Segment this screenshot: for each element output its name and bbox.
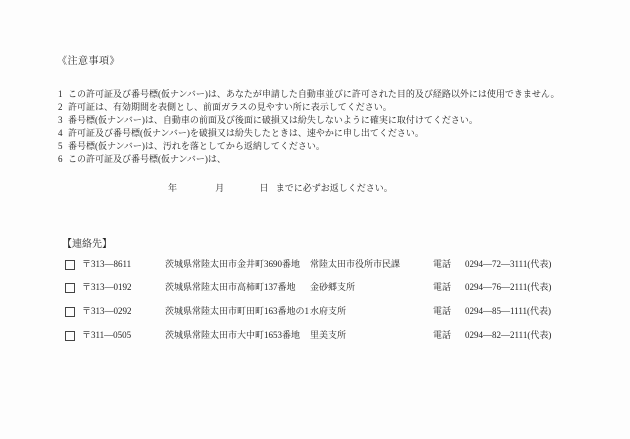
postal-code: 〒313—8611 [82,259,131,270]
note-item-text: 許可証及び番号標(仮ナンバー)を破損又は紛失したときは、速やかに申し出てください… [68,127,424,140]
contact-checkbox[interactable] [65,260,75,270]
note-item: 3 番号標(仮ナンバー)は、自動車の前面及び後面に破損又は紛失しないように確実に… [58,114,559,127]
note-item-number: 1 [58,88,68,101]
contact-row: 〒313—0292 茨城県常陸太田市町田町163番地の1 水府支所 電話 029… [0,306,630,320]
phone-number: 0294—82—2111(代表) [465,330,551,341]
postal-code: 〒313—0192 [82,282,132,293]
address: 茨城県常陸太田市大中町1653番地 [165,330,300,341]
address: 茨城県常陸太田市町田町163番地の1 [165,306,309,317]
phone-label: 電話 [433,282,451,293]
note-item: 2 許可証は、有効期間を表側とし、前面ガラスの見やすい所に表示してください。 [58,101,559,114]
address: 茨城県常陸太田市金井町3690番地 [165,259,300,270]
note-item-text: 番号標(仮ナンバー)は、汚れを落としてから返納してください。 [68,140,325,153]
phone-label: 電話 [433,330,451,341]
office-name: 金砂郷支所 [310,282,355,293]
month-label: 月 [215,183,224,193]
year-label: 年 [168,183,177,193]
note-item: 1 この許可証及び番号標(仮ナンバー)は、あなたが申請した自動車並びに許可された… [58,88,559,101]
contact-checkbox[interactable] [65,331,75,341]
note-item-text: 許可証は、有効期間を表側とし、前面ガラスの見やすい所に表示してください。 [68,101,392,114]
return-deadline-line: 年 月 日 までに必ずお返しください。 [168,181,393,194]
phone-number: 0294—85—1111(代表) [465,306,551,317]
phone-label: 電話 [433,306,451,317]
contact-checkbox[interactable] [65,283,75,293]
note-item: 5 番号標(仮ナンバー)は、汚れを落としてから返納してください。 [58,140,559,153]
document-page: 《注意事項》 1 この許可証及び番号標(仮ナンバー)は、あなたが申請した自動車並… [0,0,630,439]
contact-row: 〒313—0192 茨城県常陸太田市高柿町137番地 金砂郷支所 電話 0294… [0,282,630,296]
contact-row: 〒311—0505 茨城県常陸太田市大中町1653番地 里美支所 電話 0294… [0,330,630,344]
office-name: 常陸太田市役所市民課 [310,259,400,270]
contacts-heading: 【連絡先】 [62,235,112,250]
note-item: 4 許可証及び番号標(仮ナンバー)を破損又は紛失したときは、速やかに申し出てくだ… [58,127,559,140]
postal-code: 〒313—0292 [82,306,132,317]
note-item-number: 6 [58,153,68,166]
office-name: 里美支所 [310,330,346,341]
day-label: 日 [260,183,269,193]
office-name: 水府支所 [310,306,346,317]
note-item: 6 この許可証及び番号標(仮ナンバー)は、 [58,153,559,166]
contact-checkbox[interactable] [65,307,75,317]
note-item-text: 番号標(仮ナンバー)は、自動車の前面及び後面に破損又は紛失しないように確実に取付… [68,114,478,127]
phone-number: 0294—72—3111(代表) [465,259,551,270]
note-item-number: 5 [58,140,68,153]
note-item-number: 4 [58,127,68,140]
postal-code: 〒311—0505 [82,330,131,341]
note-item-text: この許可証及び番号標(仮ナンバー)は、 [68,153,226,166]
note-item-text: この許可証及び番号標(仮ナンバー)は、あなたが申請した自動車並びに許可された目的… [68,88,559,101]
note-item-number: 2 [58,101,68,114]
note-item-number: 3 [58,114,68,127]
phone-label: 電話 [433,259,451,270]
address: 茨城県常陸太田市高柿町137番地 [165,282,296,293]
contact-row: 〒313—8611 茨城県常陸太田市金井町3690番地 常陸太田市役所市民課 電… [0,259,630,273]
phone-number: 0294—76—2111(代表) [465,282,551,293]
notice-title: 《注意事項》 [57,52,120,67]
notes-list: 1 この許可証及び番号標(仮ナンバー)は、あなたが申請した自動車並びに許可された… [58,88,559,165]
return-deadline-text: までに必ずお返しください。 [276,183,393,193]
